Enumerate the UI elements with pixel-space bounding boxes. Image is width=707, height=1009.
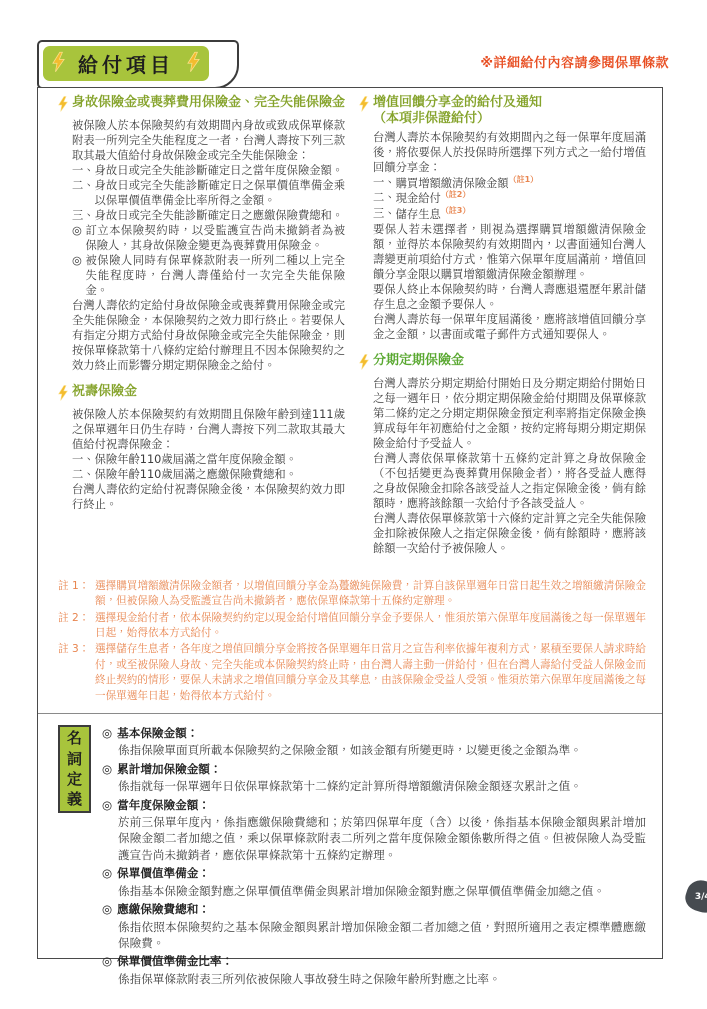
- section-header: 增值回饋分享金的給付及通知（本項非保證給付）: [359, 95, 646, 128]
- right-column: 增值回饋分享金的給付及通知（本項非保證給付）台灣人壽於本保險契約有效期間內之每一…: [359, 95, 646, 571]
- footnote: 註 3：選擇儲存生息者，各年度之增值回饋分享金將按各保單週年日當月之宣告利率依據…: [58, 642, 646, 703]
- circle-bullet-icon: ◎: [102, 797, 112, 814]
- list-marker: 一、: [72, 452, 95, 467]
- section-header: 分期定期保險金: [359, 353, 646, 374]
- circle-bullet-icon: ◎: [102, 761, 112, 778]
- paragraph: 台灣人壽於本保險契約有效期間內之每一保單年度屆滿後，將依要保人於投保時所選擇下列…: [373, 130, 646, 175]
- footnotes: 註 1：選擇購買增額繳清保險金額者，以增值回饋分享金為躉繳純保險費，計算自該保單…: [58, 579, 646, 704]
- page-title: 給付項目: [78, 49, 174, 78]
- glossary-title-char: 定: [67, 769, 82, 789]
- list-item: ◎ 被保險人同時有保單條款附表一所列二種以上完全失能程度時，台灣人壽僅給付一次完…: [72, 253, 345, 298]
- section-divider: [38, 713, 662, 714]
- section-body: 台灣人壽於本保險契約有效期間內之每一保單年度屆滿後，將依要保人於投保時所選擇下列…: [359, 130, 646, 343]
- section-title: 分期定期保險金: [373, 353, 646, 369]
- glossary-term-text: 基本保險金額：: [117, 725, 198, 742]
- glossary-term: ◎當年度保險金額：: [102, 797, 646, 814]
- paragraph: 被保險人於本保險契約有效期間內身故或致成保單條款附表一所列完全失能程度之一者，台…: [72, 118, 345, 163]
- section-title: 身故保險金或喪葬費用保險金、完全失能保險金: [72, 95, 345, 111]
- list-item-text: 被保險人同時有保單條款附表一所列二種以上完全失能程度時，台灣人壽僅給付一次完全失…: [85, 253, 345, 298]
- list-item: 一、保險年齡110歲屆滿之當年度保險金額。: [72, 452, 345, 467]
- lightning-bolt-icon: [52, 51, 65, 77]
- footnote: 註 2：選擇現金給付者，依本保險契約約定以現金給付增值回饋分享金予要保人，惟須於…: [58, 611, 646, 642]
- list-item: 三、儲存生息（註3）: [373, 206, 646, 222]
- left-column: 身故保險金或喪葬費用保險金、完全失能保險金被保險人於本保險契約有效期間內身故或致…: [58, 95, 345, 571]
- glossary-term-text: 保單價值準備金：: [117, 865, 210, 882]
- circle-bullet-icon: ◎: [102, 865, 112, 882]
- list-marker: ◎: [72, 223, 85, 253]
- lightning-bolt-icon: [187, 51, 200, 77]
- list-marker: 二、: [72, 178, 95, 208]
- footnote-text: 選擇儲存生息者，各年度之增值回饋分享金將按各保單週年日當月之宣告利率依據年複利方…: [95, 642, 646, 703]
- glossary-title-char: 詞: [67, 749, 82, 769]
- list-marker: 一、: [72, 163, 95, 178]
- list-item-text: 身故日或完全失能診斷確定日之當年度保險金額。: [95, 163, 345, 178]
- payment-items-tab-pill: 給付項目: [43, 46, 209, 81]
- footnote-label: 註 3：: [58, 642, 95, 703]
- paragraph: 要保人終止本保險契約時，台灣人壽應退還歷年累計儲存生息之金額予要保人。: [373, 282, 646, 312]
- section-body: 台灣人壽於分期定期給付開始日及分期定期給付開始日之每一週年日，依分期定期保險金給…: [359, 376, 646, 556]
- list-item: 二、身故日或完全失能診斷確定日之保單價值準備金乘以保單價值準備金比率所得之金額。: [72, 178, 345, 208]
- list-item: 一、身故日或完全失能診斷確定日之當年度保險金額。: [72, 163, 345, 178]
- glossary-description: 係指保險單面頁所載本保險契約之保險金額，如該金額有所變更時，以變更後之金額為準。: [102, 742, 646, 758]
- glossary-term: ◎保單價值準備金比率：: [102, 953, 646, 970]
- glossary-term-text: 應繳保險費總和：: [117, 901, 210, 918]
- list-item: 二、現金給付（註2）: [373, 190, 646, 206]
- section-header: 身故保險金或喪葬費用保險金、完全失能保險金: [58, 95, 345, 116]
- footnote-label: 註 1：: [58, 579, 95, 610]
- list-marker: 一、: [373, 175, 396, 191]
- list-item: ◎ 訂立本保險契約時，以受監護宣告尚未撤銷者為被保險人，其身故保險金變更為喪葬費…: [72, 223, 345, 253]
- footnote-reference: （註2）: [441, 190, 471, 199]
- footnote-label: 註 2：: [58, 611, 95, 642]
- list-marker: 三、: [72, 208, 95, 223]
- paragraph: 台灣人壽依保單條款第十五條約定計算之身故保險金（不包括變更為喪葬費用保險金者），…: [373, 451, 646, 511]
- section-titles: 分期定期保險金: [373, 353, 646, 369]
- glossary-term: ◎應繳保險費總和：: [102, 901, 646, 918]
- glossary-items: ◎基本保險金額：係指保險單面頁所載本保險契約之保險金額，如該金額有所變更時，以變…: [102, 725, 646, 989]
- glossary-title-char: 義: [67, 789, 82, 809]
- insurance-document-page: { "colors": { "green_fill": "#a8c43c", "…: [0, 0, 707, 1009]
- lightning-bolt-icon: [58, 385, 68, 405]
- glossary-description: 係指基本保險金額對應之保單價值準備金與累計增加保險金額對應之保單價值準備金加總之…: [102, 883, 646, 899]
- list-item-text: 身故日或完全失能診斷確定日之應繳保險費總和。: [95, 208, 345, 223]
- section-title: 增值回饋分享金的給付及通知: [373, 95, 646, 111]
- list-item: 一、購買增額繳清保險金額（註1）: [373, 175, 646, 191]
- list-marker: ◎: [72, 253, 85, 298]
- content-box: 身故保險金或喪葬費用保險金、完全失能保險金被保險人於本保險契約有效期間內身故或致…: [37, 87, 663, 959]
- footnote-text: 選擇購買增額繳清保險金額者，以增值回饋分享金為躉繳純保險費，計算自該保單週年日當…: [95, 579, 646, 610]
- glossary-title-char: 名: [67, 728, 82, 748]
- section-title: 祝壽保險金: [72, 384, 345, 400]
- list-item-text: 購買增額繳清保險金額（註1）: [396, 175, 646, 191]
- circle-bullet-icon: ◎: [102, 725, 112, 742]
- section: 分期定期保險金台灣人壽於分期定期給付開始日及分期定期給付開始日之每一週年日，依分…: [359, 353, 646, 556]
- section-body: 被保險人於本保險契約有效期間內身故或致成保單條款附表一所列完全失能程度之一者，台…: [58, 118, 345, 373]
- page-number-badge: 3/4: [682, 877, 707, 917]
- section-subtitle: （本項非保證給付）: [373, 111, 646, 127]
- section-header: 祝壽保險金: [58, 384, 345, 405]
- list-item-text: 訂立本保險契約時，以受監護宣告尚未撤銷者為被保險人，其身故保險金變更為喪葬費用保…: [85, 223, 345, 253]
- list-item: 三、身故日或完全失能診斷確定日之應繳保險費總和。: [72, 208, 345, 223]
- list-item: 二、保險年齡110歲屆滿之應繳保險費總和。: [72, 467, 345, 482]
- section-titles: 身故保險金或喪葬費用保險金、完全失能保險金: [72, 95, 345, 111]
- policy-terms-reminder: ※詳細給付內容請參閱保單條款: [480, 52, 669, 71]
- circle-bullet-icon: ◎: [102, 901, 112, 918]
- list-item-text: 保險年齡110歲屆滿之當年度保險金額。: [95, 452, 345, 467]
- paragraph: 台灣人壽依約定給付祝壽保險金後，本保險契約效力即行終止。: [72, 482, 345, 512]
- paragraph: 台灣人壽依保單條款第十六條約定計算之完全失能保險金扣除被保險人之指定保險金後，倘…: [373, 511, 646, 556]
- footnote-reference: （註3）: [441, 206, 471, 215]
- glossary-term-text: 當年度保險金額：: [117, 797, 210, 814]
- footnote: 註 1：選擇購買增額繳清保險金額者，以增值回饋分享金為躉繳純保險費，計算自該保單…: [58, 579, 646, 610]
- section-titles: 祝壽保險金: [72, 384, 345, 400]
- lightning-bolt-icon: [359, 354, 369, 374]
- paragraph: 要保人若未選擇者，則視為選擇購買增額繳清保險金額，並得於本保險契約有效期間內，以…: [373, 222, 646, 282]
- list-marker: 二、: [72, 467, 95, 482]
- lightning-bolt-icon: [359, 96, 369, 116]
- paragraph: 被保險人於本保險契約有效期間且保險年齡到達111歲之保單週年日仍生存時，台灣人壽…: [72, 407, 345, 452]
- two-column-body: 身故保險金或喪葬費用保險金、完全失能保險金被保險人於本保險契約有效期間內身故或致…: [58, 95, 646, 571]
- list-item-text: 儲存生息（註3）: [396, 206, 646, 222]
- payment-items-tab: 給付項目: [37, 40, 239, 89]
- glossary-title-box: 名詞定義: [58, 725, 91, 813]
- glossary-term: ◎保單價值準備金：: [102, 865, 646, 882]
- section: 增值回饋分享金的給付及通知（本項非保證給付）台灣人壽於本保險契約有效期間內之每一…: [359, 95, 646, 342]
- glossary-description: 係指就每一保單週年日依保單條款第十二條約定計算所得增額繳清保險金額逐次累計之值。: [102, 778, 646, 794]
- paragraph: 台灣人壽於每一保單年度屆滿後，應將該增值回饋分享金之金額，以書面或電子郵件方式通…: [373, 312, 646, 342]
- glossary-term-text: 累計增加保險金額：: [117, 761, 221, 778]
- glossary-description: 係指依照本保險契約之基本保險金額與累計增加保險金額二者加總之值，對照所適用之表定…: [102, 919, 646, 952]
- lightning-bolt-icon: [58, 96, 68, 116]
- footnote-text: 選擇現金給付者，依本保險契約約定以現金給付增值回饋分享金予要保人，惟須於第六保單…: [95, 611, 646, 642]
- paragraph: 台灣人壽於分期定期給付開始日及分期定期給付開始日之每一週年日，依分期定期保險金給…: [373, 376, 646, 451]
- list-marker: 三、: [373, 206, 396, 222]
- paragraph: 台灣人壽依約定給付身故保險金或喪葬費用保險金或完全失能保險金，本保險契約之效力即…: [72, 298, 345, 373]
- glossary-description: 於前三保單年度內，係指應繳保險費總和；於第四保單年度（含）以後，係指基本保險金額…: [102, 814, 646, 863]
- list-item-text: 保險年齡110歲屆滿之應繳保險費總和。: [95, 467, 345, 482]
- glossary-term: ◎累計增加保險金額：: [102, 761, 646, 778]
- circle-bullet-icon: ◎: [102, 953, 112, 970]
- list-item-text: 現金給付（註2）: [396, 190, 646, 206]
- list-marker: 二、: [373, 190, 396, 206]
- section-titles: 增值回饋分享金的給付及通知（本項非保證給付）: [373, 95, 646, 128]
- glossary-term: ◎基本保險金額：: [102, 725, 646, 742]
- section: 身故保險金或喪葬費用保險金、完全失能保險金被保險人於本保險契約有效期間內身故或致…: [58, 95, 345, 373]
- footnote-reference: （註1）: [509, 175, 539, 184]
- glossary-term-text: 保單價值準備金比率：: [117, 953, 233, 970]
- section: 祝壽保險金被保險人於本保險契約有效期間且保險年齡到達111歲之保單週年日仍生存時…: [58, 384, 345, 512]
- list-item-text: 身故日或完全失能診斷確定日之保單價值準備金乘以保單價值準備金比率所得之金額。: [95, 178, 345, 208]
- glossary-description: 係指保單條款附表三所列依被保險人事故發生時之保險年齡所對應之比率。: [102, 971, 646, 987]
- section-body: 被保險人於本保險契約有效期間且保險年齡到達111歲之保單週年日仍生存時，台灣人壽…: [58, 407, 345, 512]
- glossary-section: 名詞定義 ◎基本保險金額：係指保險單面頁所載本保險契約之保險金額，如該金額有所變…: [58, 725, 646, 989]
